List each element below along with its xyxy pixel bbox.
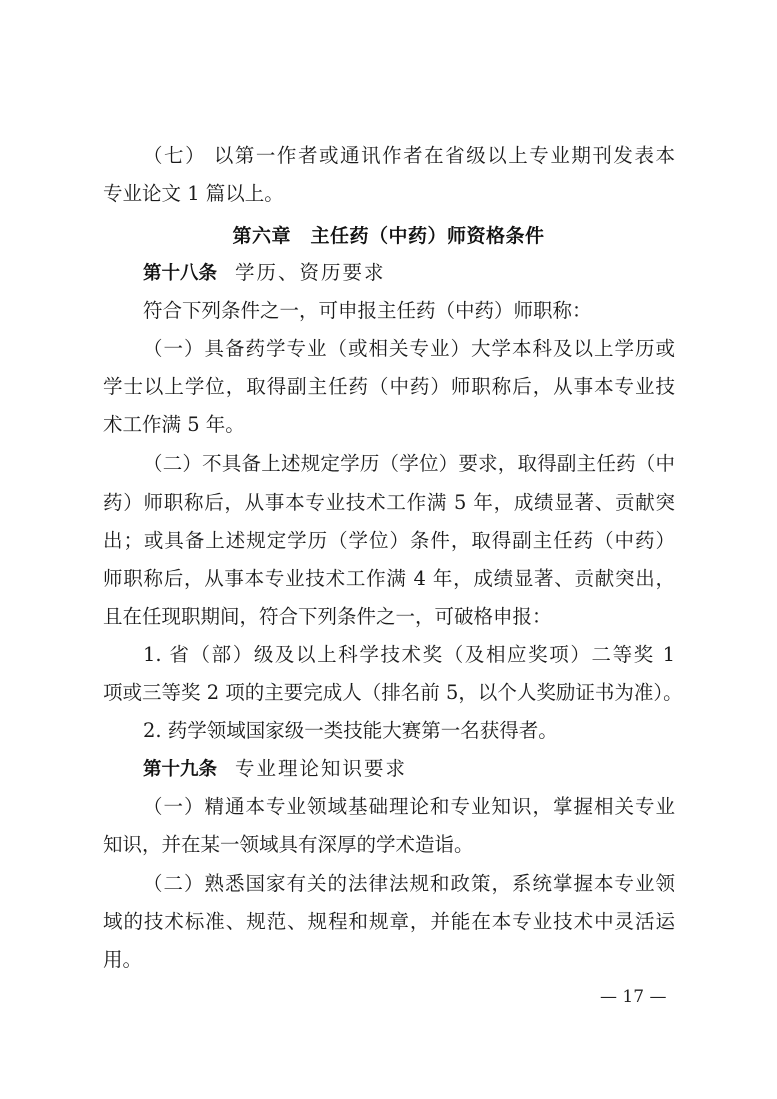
paragraph-line: （二）熟悉国家有关的法律法规和政策，系统掌握本专业领 <box>143 870 675 898</box>
paragraph-line: 知识，并在某一领域具有深厚的学术造诣。 <box>103 831 675 859</box>
paragraph-line: （一）精通本专业领域基础理论和专业知识，掌握相关专业 <box>143 793 675 821</box>
article-title: 学历、资历要求 <box>235 261 386 284</box>
paragraph-line: 2. 药学领域国家级一类技能大赛第一名获得者。 <box>143 717 675 745</box>
paragraph-line: （一）具备药学专业（或相关专业）大学本科及以上学历或 <box>143 335 675 363</box>
paragraph-line: （七） 以第一作者或通讯作者在省级以上专业期刊发表本 <box>143 142 675 170</box>
paragraph-line: 1. 省（部）级及以上科学技术奖（及相应奖项）二等奖 1 <box>143 641 675 669</box>
document-page: （七） 以第一作者或通讯作者在省级以上专业期刊发表本 专业论文 1 篇以上。 第… <box>0 0 777 1099</box>
paragraph-line: 域的技术标准、规范、规程和规章，并能在本专业技术中灵活运 <box>103 908 675 936</box>
paragraph-line: 符合下列条件之一，可申报主任药（中药）师职称： <box>143 297 675 325</box>
article-title: 专业理论知识要求 <box>235 757 407 780</box>
paragraph-line: 药）师职称后，从事本专业技术工作满 5 年，成绩显著、贡献突 <box>103 489 675 517</box>
article-label: 第十八条 <box>143 263 217 284</box>
paragraph-line: 师职称后，从事本专业技术工作满 4 年，成绩显著、贡献突出， <box>103 565 675 593</box>
paragraph-line: 且在任现职期间，符合下列条件之一，可破格申报： <box>103 603 675 631</box>
paragraph-line: （二）不具备上述规定学历（学位）要求，取得副主任药（中 <box>143 450 675 478</box>
paragraph-line: 术工作满 5 年。 <box>103 411 675 439</box>
article-18-heading: 第十八条学历、资历要求 <box>143 259 675 287</box>
article-label: 第十九条 <box>143 759 217 780</box>
paragraph-line: 项或三等奖 2 项的主要完成人（排名前 5，以个人奖励证书为准）。 <box>103 679 675 707</box>
paragraph-line: 用。 <box>103 946 675 974</box>
chapter-heading: 第六章 主任药（中药）师资格条件 <box>0 222 777 250</box>
paragraph-line: 学士以上学位，取得副主任药（中药）师职称后，从事本专业技 <box>103 373 675 401</box>
paragraph-line: 专业论文 1 篇以上。 <box>103 180 675 208</box>
paragraph-line: 出；或具备上述规定学历（学位）条件，取得副主任药（中药） <box>103 527 675 555</box>
page-number: — 17 — <box>600 985 666 1009</box>
article-19-heading: 第十九条专业理论知识要求 <box>143 755 675 783</box>
